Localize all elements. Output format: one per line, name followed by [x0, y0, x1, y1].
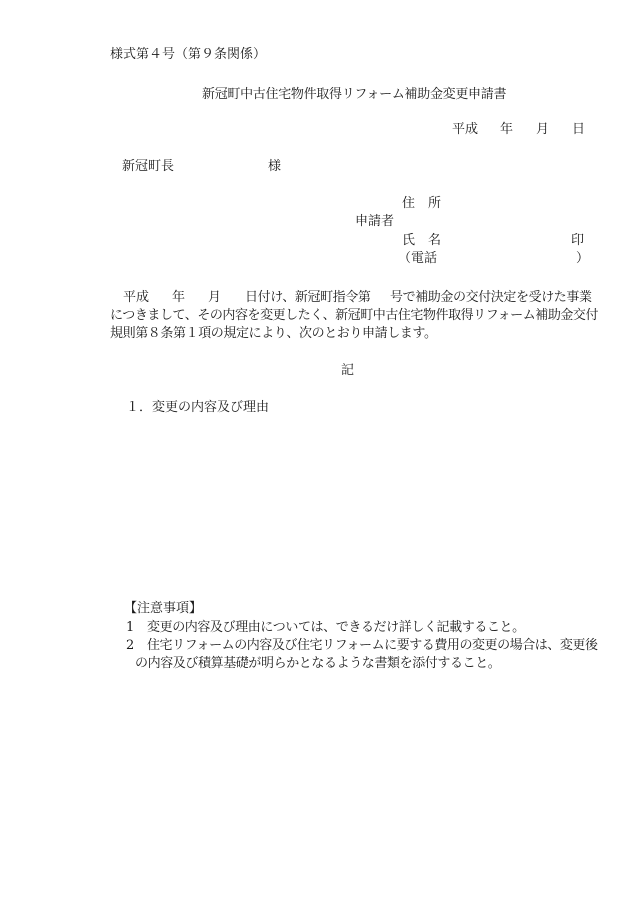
- addressee-honorific: 様: [268, 159, 281, 175]
- phone-close: ）: [576, 251, 589, 267]
- body-year: 年: [172, 290, 185, 306]
- body-line-2: につきまして、その内容を変更したく、新冠町中古住宅物件取得リフォーム補助金交付: [110, 308, 598, 324]
- note-1-number: 1: [126, 620, 134, 636]
- phone-label: （電話: [398, 251, 437, 267]
- date-era: 平成: [452, 122, 478, 138]
- body-line-3: 規則第８条第１項の規定により、次のとおり申請します。: [110, 326, 437, 342]
- seal-mark: 印: [571, 233, 584, 249]
- section-change-details: １．変更の内容及び理由: [126, 400, 269, 416]
- ki-heading: 記: [341, 363, 354, 379]
- document-page: 様式第４号（第９条関係） 新冠町中古住宅物件取得リフォーム補助金変更申請書 平成…: [0, 0, 630, 903]
- applicant-label: 申請者: [355, 214, 394, 230]
- note-2-continuation: の内容及び積算基礎が明らかとなるような書類を添付すること。: [135, 656, 500, 672]
- form-number: 様式第４号（第９条関係）: [110, 47, 266, 63]
- document-title: 新冠町中古住宅物件取得リフォーム補助金変更申請書: [202, 87, 506, 103]
- addressee-name: 新冠町長: [122, 159, 174, 175]
- name-label: 氏 名: [402, 233, 441, 249]
- date-month: 月: [536, 122, 549, 138]
- body-day-part: 日付け、新冠町指令第: [245, 290, 370, 306]
- date-year: 年: [500, 122, 513, 138]
- address-label: 住 所: [402, 196, 441, 212]
- body-month: 月: [208, 290, 221, 306]
- note-2-text: 住宅リフォームの内容及び住宅リフォームに要する費用の変更の場合は、変更後: [147, 638, 598, 654]
- body-rest: 号で補助金の交付決定を受けた事業: [390, 290, 592, 306]
- note-1-text: 変更の内容及び理由については、できるだけ詳しく記載すること。: [147, 620, 525, 636]
- date-day: 日: [572, 122, 585, 138]
- notes-heading: 【注意事項】: [124, 601, 202, 617]
- note-2-number: 2: [126, 638, 134, 654]
- body-era: 平成: [123, 290, 149, 306]
